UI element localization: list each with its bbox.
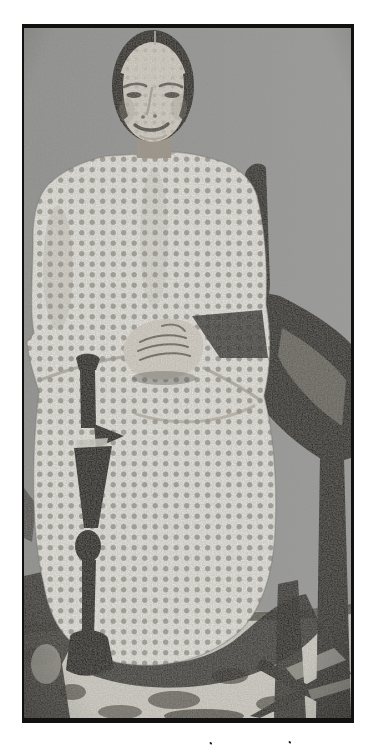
vignette-overlay	[24, 28, 351, 718]
caption-dot-1: •	[208, 742, 212, 746]
portrait-photo	[24, 28, 351, 718]
caption-dot-2: •	[287, 741, 291, 745]
portrait-photo-frame	[22, 24, 354, 723]
